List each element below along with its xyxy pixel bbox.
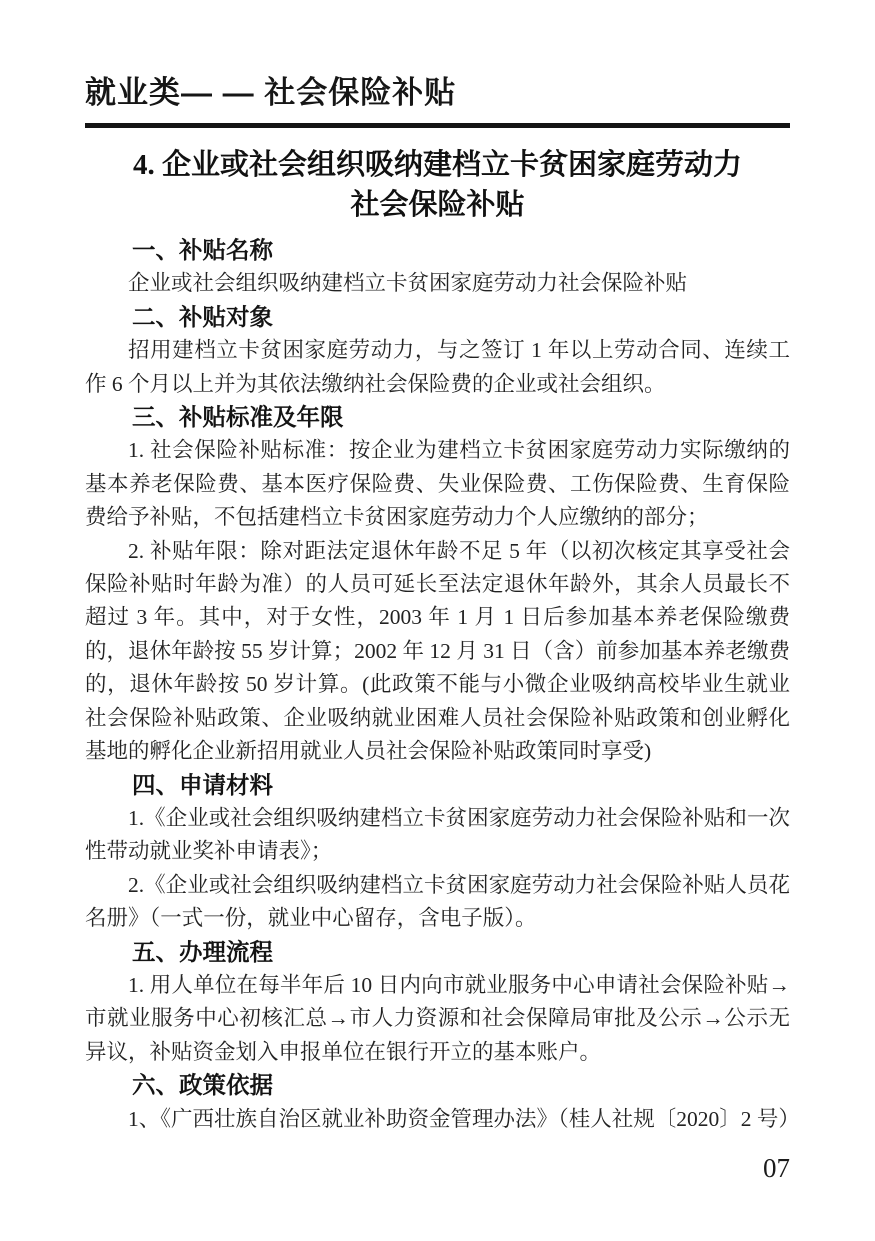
paragraph: 2. 补贴年限：除对距法定退休年龄不足 5 年（以初次核定其享受社会保险补贴时年… [85,535,790,769]
section-heading: 三、补贴标准及年限 [85,401,790,434]
paragraph: 1. 用人单位在每半年后 10 日内向市就业服务中心申请社会保险补贴→市就业服务… [85,969,790,1069]
paragraph: 2.《企业或社会组织吸纳建档立卡贫困家庭劳动力社会保险补贴人员花名册》（一式一份… [85,869,790,936]
section-application-materials: 四、申请材料 1.《企业或社会组织吸纳建档立卡贫困家庭劳动力社会保险补贴和一次性… [85,769,790,936]
document-page: 就业类— — 社会保险补贴 4. 企业或社会组织吸纳建档立卡贫困家庭劳动力 社会… [0,0,875,1241]
page-content: 就业类— — 社会保险补贴 4. 企业或社会组织吸纳建档立卡贫困家庭劳动力 社会… [0,74,875,1136]
section-subsidy-standard: 三、补贴标准及年限 1. 社会保险补贴标准：按企业为建档立卡贫困家庭劳动力实际缴… [85,401,790,768]
paragraph: 企业或社会组织吸纳建档立卡贫困家庭劳动力社会保险补贴 [85,267,790,300]
page-title-line1: 4. 企业或社会组织吸纳建档立卡贫困家庭劳动力 [133,149,742,181]
section-heading: 一、补贴名称 [85,234,790,267]
section-policy-basis: 六、政策依据 1、《广西壮族自治区就业补助资金管理办法》（桂人社规〔2020〕2… [85,1069,790,1136]
paragraph: 1. 社会保险补贴标准：按企业为建档立卡贫困家庭劳动力实际缴纳的基本养老保险费、… [85,434,790,534]
section-heading: 二、补贴对象 [85,301,790,334]
category-header: 就业类— — 社会保险补贴 [85,74,790,112]
paragraph: 1、《广西壮族自治区就业补助资金管理办法》（桂人社规〔2020〕2 号） [85,1103,790,1136]
paragraph: 招用建档立卡贫困家庭劳动力，与之签订 1 年以上劳动合同、连续工作 6 个月以上… [85,334,790,401]
page-number: 07 [763,1153,790,1184]
section-subsidy-target: 二、补贴对象 招用建档立卡贫困家庭劳动力，与之签订 1 年以上劳动合同、连续工作… [85,301,790,401]
section-subsidy-name: 一、补贴名称 企业或社会组织吸纳建档立卡贫困家庭劳动力社会保险补贴 [85,234,790,301]
page-title: 4. 企业或社会组织吸纳建档立卡贫困家庭劳动力 社会保险补贴 [85,145,790,225]
section-heading: 四、申请材料 [85,769,790,802]
section-processing-flow: 五、办理流程 1. 用人单位在每半年后 10 日内向市就业服务中心申请社会保险补… [85,936,790,1070]
page-title-line2: 社会保险补贴 [350,189,524,221]
section-heading: 五、办理流程 [85,936,790,969]
paragraph: 1.《企业或社会组织吸纳建档立卡贫困家庭劳动力社会保险补贴和一次性带动就业奖补申… [85,802,790,869]
header-rule [85,123,790,128]
section-heading: 六、政策依据 [85,1069,790,1102]
